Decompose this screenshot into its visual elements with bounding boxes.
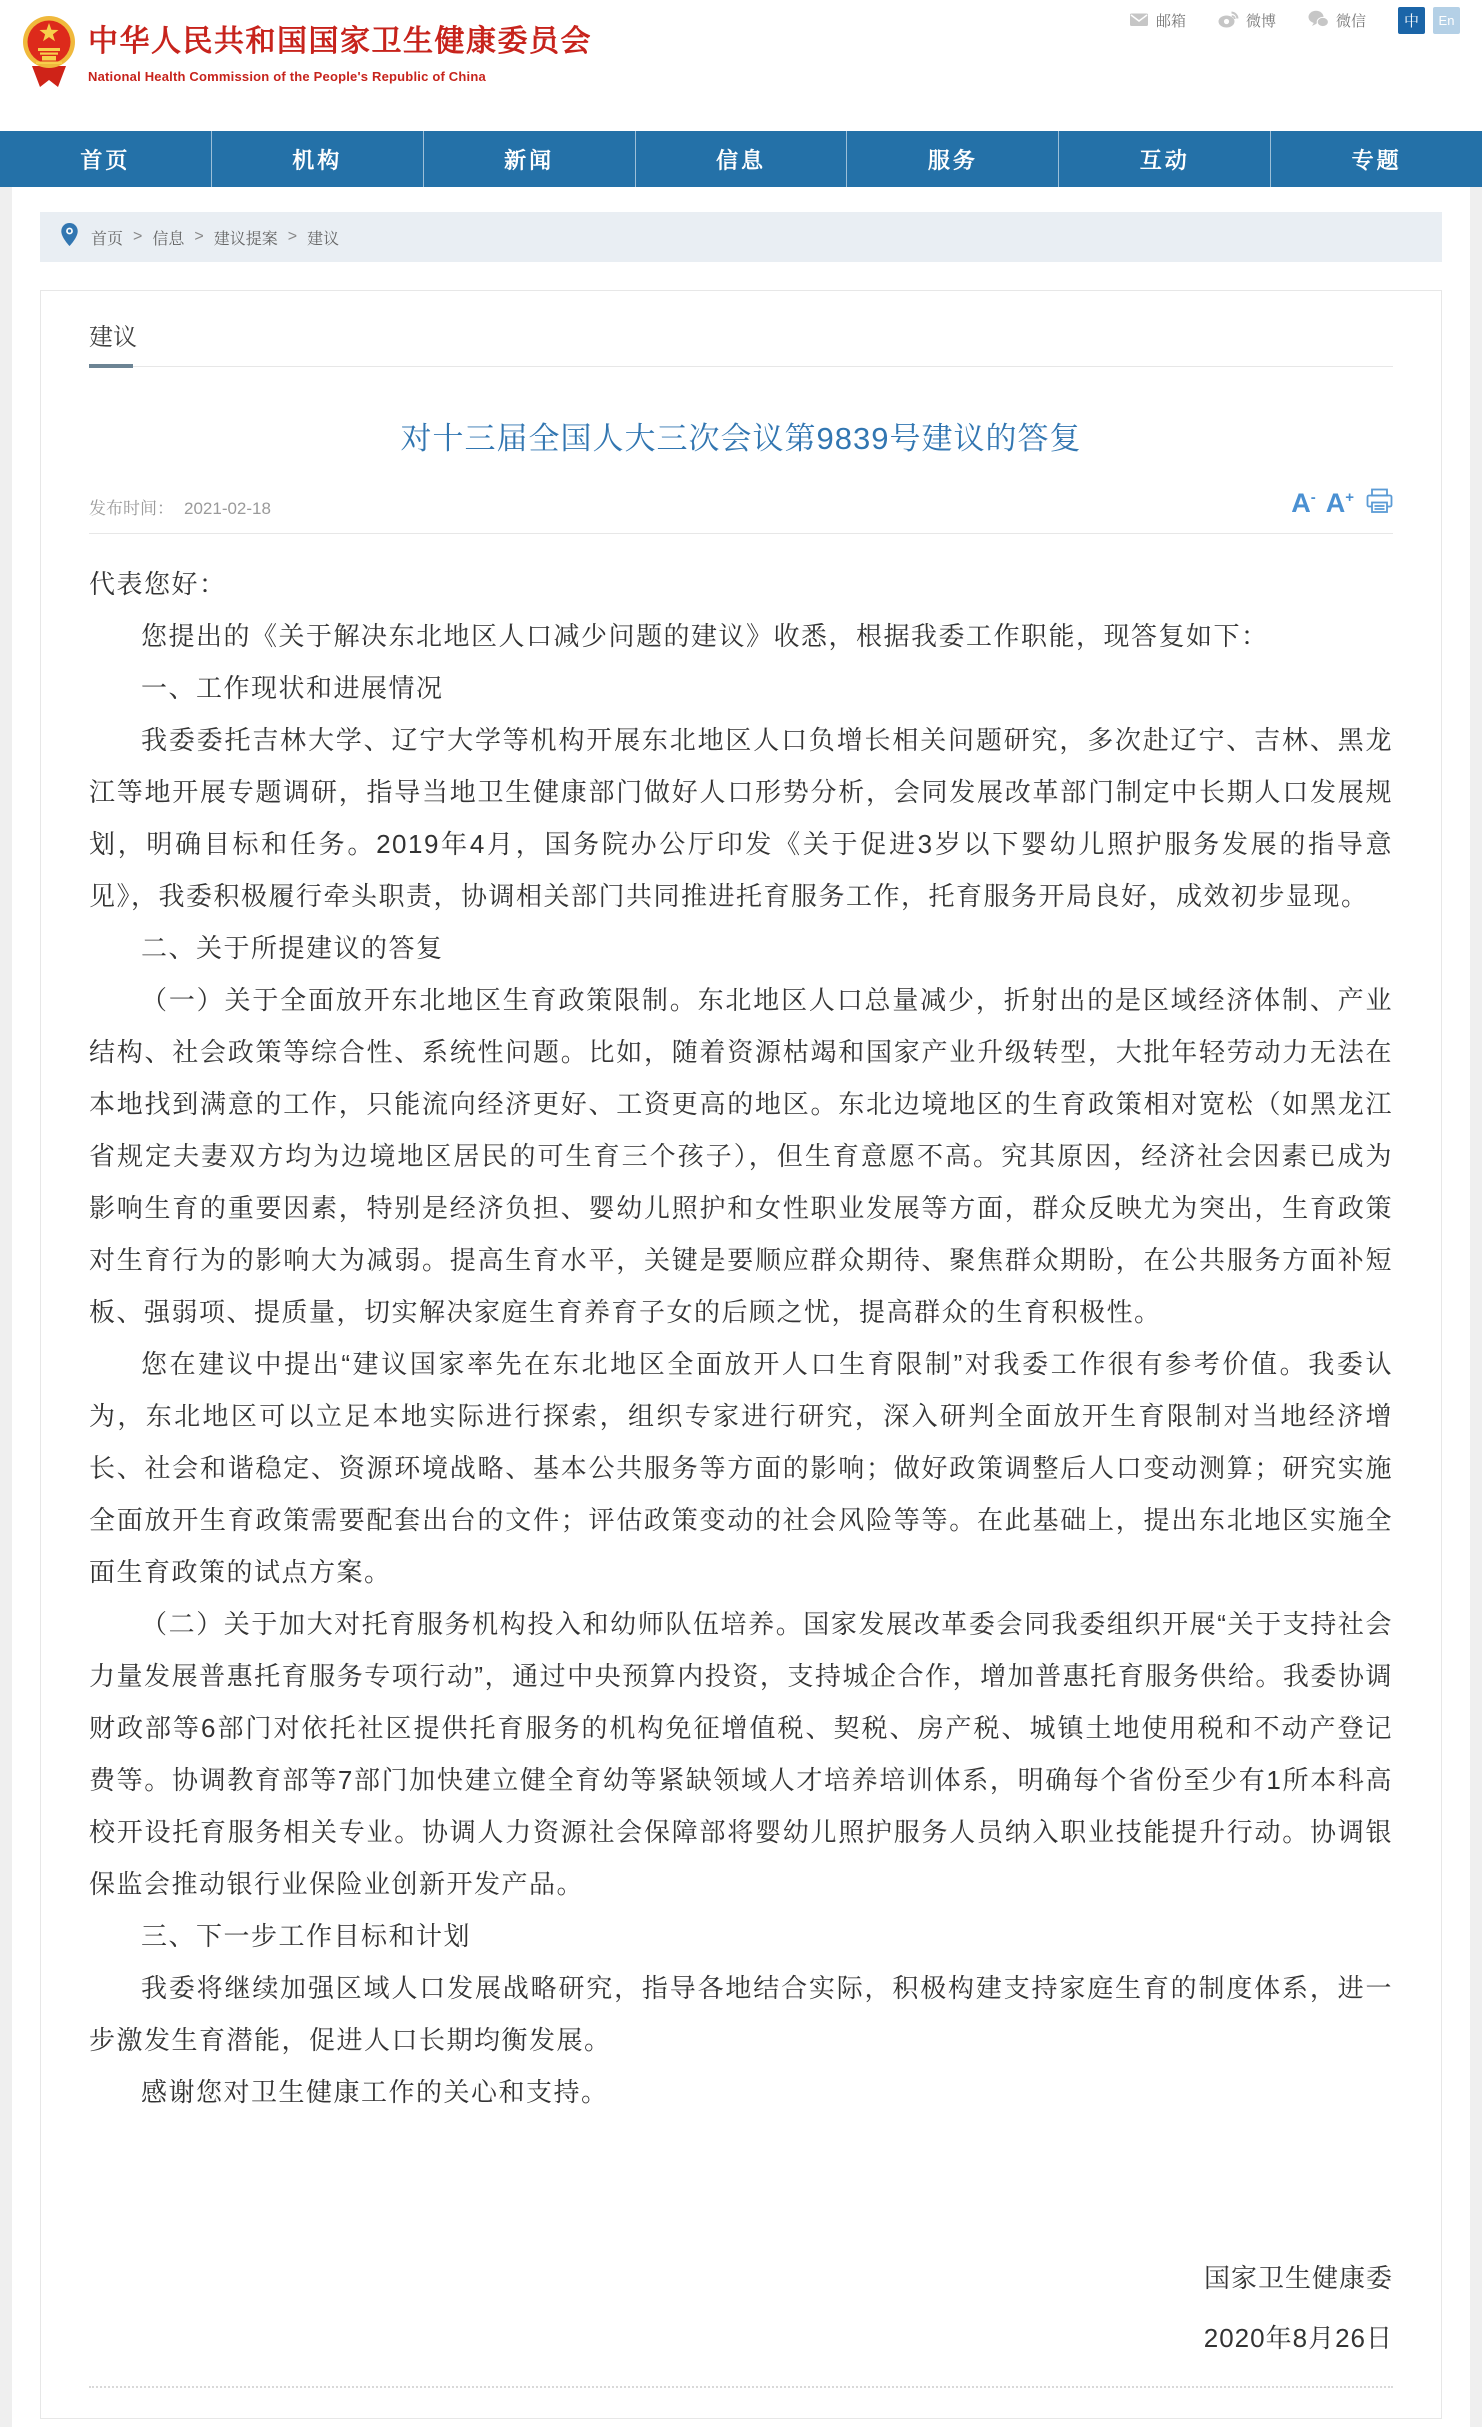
paragraph: 您在建议中提出“建议国家率先在东北地区全面放开人口生育限制”对我委工作很有参考价… (89, 1338, 1393, 1598)
mail-icon (1129, 10, 1156, 32)
content-wrapper: 首页 > 信息 > 建议提案 > 建议 > (12, 187, 1470, 2427)
publish-time-label: 发布时间： (89, 499, 174, 518)
font-smaller-button[interactable]: A- (1291, 490, 1316, 517)
article-tools: A- A+ (1281, 488, 1393, 519)
site-subtitle-en: National Health Commission of the People… (88, 69, 592, 84)
bottom-dotted-divider (89, 2386, 1393, 2388)
wechat-link[interactable]: 微信 (1308, 10, 1366, 32)
signature-date: 2020年8月26日 (89, 2308, 1393, 2368)
font-larger-button[interactable]: A+ (1326, 490, 1354, 517)
header-utilities: 邮箱 微博 微信 中 En (1097, 7, 1460, 34)
national-emblem-icon (22, 10, 76, 97)
nav-item[interactable]: 机构 (212, 131, 424, 187)
publish-date: 2021-02-18 (184, 499, 271, 518)
paragraph: （一）关于全面放开东北地区生育政策限制。东北地区人口总量减少，折射出的是区域经济… (89, 974, 1393, 1338)
paragraph: 代表您好： (89, 558, 1393, 610)
breadcrumb: 首页 > 信息 > 建议提案 > 建议 > (40, 212, 1442, 262)
paragraph: 二、关于所提建议的答复 (89, 922, 1393, 974)
article-title: 对十三届全国人大三次会议第9839号建议的答复 (89, 413, 1393, 458)
print-button[interactable] (1366, 488, 1393, 519)
wechat-icon (1308, 10, 1336, 32)
breadcrumb-link[interactable]: 信息 (152, 226, 184, 249)
weibo-icon (1218, 9, 1246, 32)
site-title: 中华人民共和国国家卫生健康委员会 (88, 16, 592, 60)
paragraph: 您提出的《关于解决东北地区人口减少问题的建议》收悉，根据我委工作职能，现答复如下… (89, 610, 1393, 662)
nav-item[interactable]: 首页 (0, 131, 212, 187)
breadcrumb-link[interactable]: 建议 (307, 226, 339, 249)
article-body: 代表您好：您提出的《关于解决东北地区人口减少问题的建议》收悉，根据我委工作职能，… (89, 558, 1393, 2118)
signature-org: 国家卫生健康委 (89, 2248, 1393, 2308)
printer-icon (1366, 488, 1393, 519)
section-accent-bar (89, 364, 133, 368)
section-label: 建议 (89, 324, 137, 351)
site-header: 中华人民共和国国家卫生健康委员会 National Health Commiss… (0, 0, 1482, 131)
paragraph: 三、下一步工作目标和计划 (89, 1910, 1393, 1962)
mail-link[interactable]: 邮箱 (1129, 10, 1186, 32)
paragraph: 感谢您对卫生健康工作的关心和支持。 (89, 2066, 1393, 2118)
weibo-label: 微博 (1246, 10, 1276, 31)
breadcrumb-link[interactable]: 首页 (91, 226, 123, 249)
nav-item[interactable]: 互动 (1059, 131, 1271, 187)
article-card: 建议 对十三届全国人大三次会议第9839号建议的答复 发布时间：2021-02-… (40, 290, 1442, 2419)
main-nav: 首页机构新闻信息服务互动专题 (0, 131, 1482, 187)
paragraph: 我委委托吉林大学、辽宁大学等机构开展东北地区人口负增长相关问题研究，多次赴辽宁、… (89, 714, 1393, 922)
section-divider (89, 366, 1393, 367)
card-header: 建议 (89, 291, 1393, 367)
breadcrumb-link[interactable]: 建议提案 (214, 226, 278, 249)
breadcrumb-separator: > (133, 228, 142, 246)
nav-item[interactable]: 服务 (847, 131, 1059, 187)
breadcrumb-separator: > (194, 228, 203, 246)
nav-item[interactable]: 专题 (1271, 131, 1482, 187)
lang-en-button[interactable]: En (1433, 7, 1460, 34)
wechat-label: 微信 (1336, 10, 1366, 31)
paragraph: 我委将继续加强区域人口发展战略研究，指导各地结合实际，积极构建支持家庭生育的制度… (89, 1962, 1393, 2066)
mail-label: 邮箱 (1156, 10, 1186, 31)
breadcrumb-separator: > (288, 228, 297, 246)
paragraph: （二）关于加大对托育服务机构投入和幼师队伍培养。国家发展改革委会同我委组织开展“… (89, 1598, 1393, 1910)
publish-time: 发布时间：2021-02-18 (89, 494, 271, 519)
page-background: 首页 > 信息 > 建议提案 > 建议 > (0, 187, 1482, 2427)
paragraph: 一、工作现状和进展情况 (89, 662, 1393, 714)
article-meta-row: 发布时间：2021-02-18 A- A+ (89, 488, 1393, 534)
signature-block: 国家卫生健康委 2020年8月26日 (89, 2248, 1393, 2368)
weibo-link[interactable]: 微博 (1218, 9, 1276, 32)
nav-item[interactable]: 信息 (636, 131, 848, 187)
location-pin-icon (60, 222, 79, 252)
nav-item[interactable]: 新闻 (424, 131, 636, 187)
lang-zh-button[interactable]: 中 (1398, 7, 1425, 34)
